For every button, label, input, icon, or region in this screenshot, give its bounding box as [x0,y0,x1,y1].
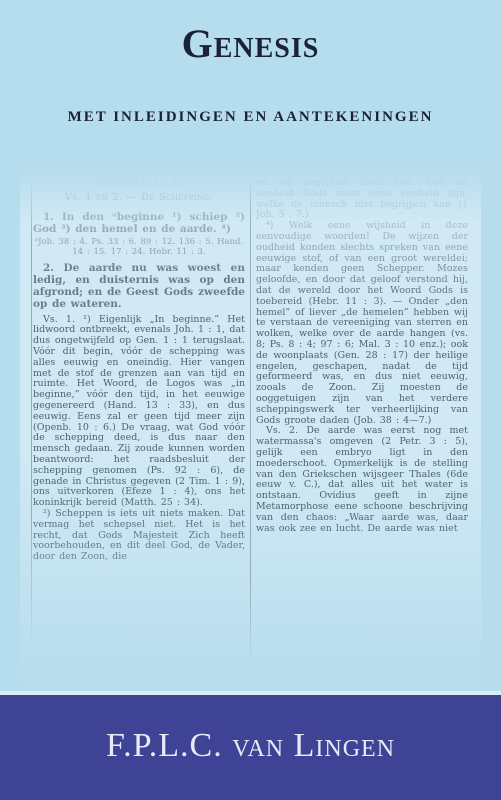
book-title: Genesis [0,20,501,67]
footnote-1: Vs. 1. ¹) Eigenlijk „In beginne.” Het li… [33,315,245,509]
cross-references: ᵃJob. 38 : 4. Ps. 33 : 6. 89 : 12. 136 :… [33,237,245,258]
scan-left-column: HOOFDST. 1 : 1. Vs. 1 en 2. — De Scheppi… [33,178,245,692]
page-left-rule [31,176,32,651]
scanned-page-image: HOOFDST. 1 : 1. Vs. 1 en 2. — De Scheppi… [20,170,481,692]
verse-1-text: 1. In den ᵃbeginne ¹) schiep ²) God ³) d… [33,211,245,235]
book-cover: Genesis MET INLEIDINGEN EN AANTEKENINGEN… [0,0,501,800]
book-subtitle: MET INLEIDINGEN EN AANTEKENINGEN [0,109,501,126]
verse-2-text: 2. De aarde nu was woest en ledig, en du… [33,262,245,311]
verse-2-commentary: Vs. 2. De aarde was eerst nog met waterm… [256,426,468,534]
footnote-2: ²) Scheppen is iets uit niets maken. Dat… [33,509,245,563]
page-columns: HOOFDST. 1 : 1. Vs. 1 en 2. — De Scheppi… [33,178,469,692]
column-divider [250,178,251,692]
author-band: F.P.L.C. van Lingen [0,695,501,800]
footnote-4: ⁴) Welk eene wijsheid in deze eenvoudige… [256,221,468,426]
author-name: F.P.L.C. van Lingen [106,727,395,769]
section-heading: Vs. 1 en 2. — De Schepping. [33,193,245,204]
scan-right-column: en wij begrijpen Hem niet. Ook de eenhei… [256,178,468,692]
running-head: HOOFDST. 1 : 1. [33,178,245,189]
faded-continuation-text: en wij begrijpen Hem niet. Ook de eenhei… [256,178,468,221]
